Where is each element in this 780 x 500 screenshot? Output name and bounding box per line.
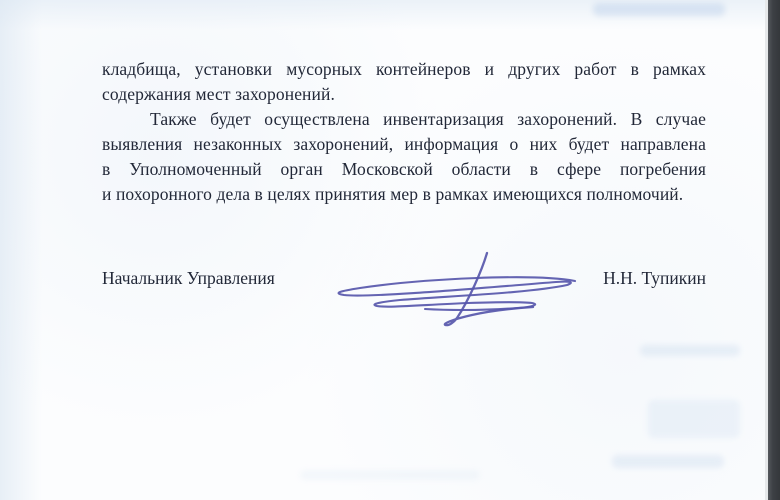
- text-line: в Уполномоченный орган Московской област…: [102, 157, 706, 182]
- bleed-through-ghost: [612, 455, 724, 468]
- text-line: и похоронного дела в целях принятия мер …: [102, 182, 706, 207]
- scanned-document-page: кладбища, установки мусорных контейнеров…: [0, 0, 780, 500]
- paragraph-2: Также будет осуществлена инвентаризация …: [102, 107, 706, 207]
- letter-body: кладбища, установки мусорных контейнеров…: [102, 57, 706, 207]
- scan-edge-bar: [768, 0, 780, 500]
- scan-edge-tint-top: [0, 0, 780, 30]
- paragraph-1: кладбища, установки мусорных контейнеров…: [102, 57, 706, 107]
- handwritten-signature-icon: [328, 248, 580, 334]
- bleed-through-ghost: [648, 400, 740, 438]
- text-line: кладбища, установки мусорных контейнеров…: [102, 57, 706, 82]
- bleed-through-ghost: [593, 3, 725, 16]
- text-line: Также будет осуществлена инвентаризация …: [102, 107, 706, 132]
- signatory-name: Н.Н. Тупикин: [603, 266, 706, 291]
- text-line: содержания мест захоронений.: [102, 82, 706, 107]
- signatory-title: Начальник Управления: [102, 266, 275, 291]
- text-line: выявления незаконных захоронений, информ…: [102, 132, 706, 157]
- bleed-through-ghost: [300, 470, 480, 480]
- scan-edge-tint-left: [0, 0, 42, 500]
- bleed-through-ghost: [640, 345, 740, 356]
